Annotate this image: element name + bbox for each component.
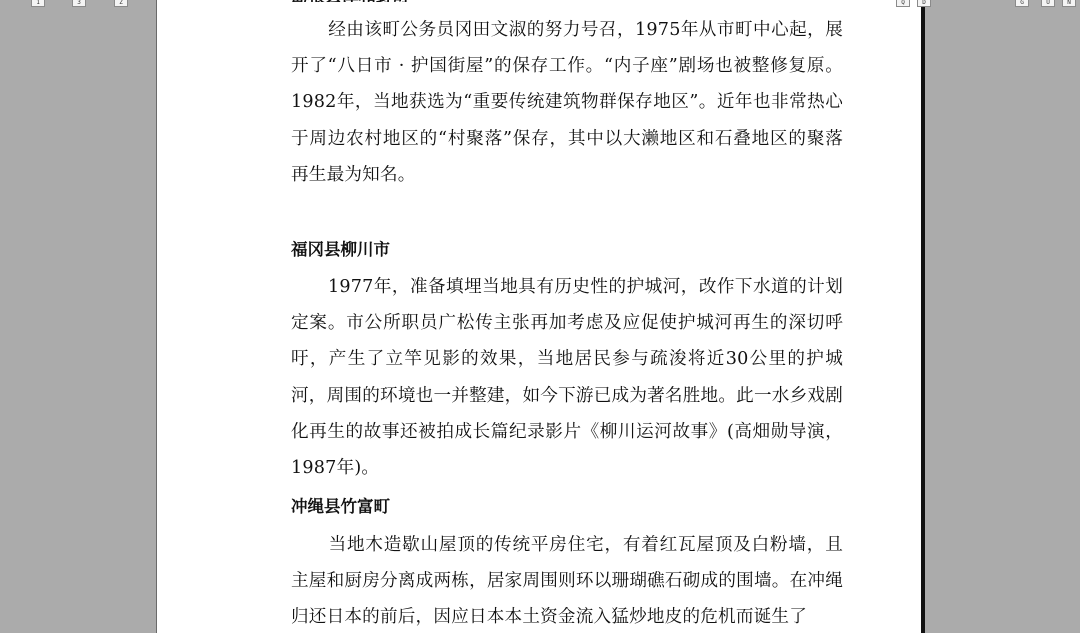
paragraph-text: 经由该町公务员冈田文淑的努力号召，1975年从市町中心起，展开了“八日市 · 护… bbox=[291, 20, 843, 185]
section-title: 冲绳县竹富町 bbox=[291, 497, 390, 517]
hint-label[interactable]: G bbox=[1015, 0, 1029, 7]
hint-label[interactable]: U bbox=[1041, 0, 1055, 7]
paragraph: 经由该町公务员冈田文淑的努力号召，1975年从市町中心起，展开了“八日市 · 护… bbox=[291, 12, 843, 193]
section-title: 福冈县柳川市 bbox=[291, 240, 390, 260]
hint-label[interactable]: Z bbox=[114, 0, 128, 7]
hint-label[interactable]: 1 bbox=[31, 0, 45, 7]
paragraph: 当地木造歇山屋顶的传统平房住宅，有着红瓦屋顶及白粉墙，且主屋和厨房分离成两栋，居… bbox=[291, 527, 843, 633]
section-title-cut: 岛根县津和野町 bbox=[291, 0, 410, 2]
document-page: 岛根县津和野町 经由该町公务员冈田文淑的努力号召，1975年从市町中心起，展开了… bbox=[156, 0, 922, 633]
hint-label[interactable]: N bbox=[1062, 0, 1076, 7]
hint-label[interactable]: D bbox=[917, 0, 931, 7]
hint-label[interactable]: 3 bbox=[72, 0, 86, 7]
hint-label[interactable]: Q bbox=[896, 0, 910, 7]
paragraph: 1977年，准备填埋当地具有历史性的护城河，改作下水道的计划定案。市公所职员广松… bbox=[291, 269, 843, 486]
page-edge-shadow bbox=[921, 0, 925, 633]
document-viewer: 1 3 Z 岛根县津和野町 经由该町公务员冈田文淑的努力号召，1975年从市町中… bbox=[0, 0, 1080, 633]
paragraph-text: 当地木造歇山屋顶的传统平房住宅，有着红瓦屋顶及白粉墙，且主屋和厨房分离成两栋，居… bbox=[291, 535, 843, 627]
paragraph-text: 1977年，准备填埋当地具有历史性的护城河，改作下水道的计划定案。市公所职员广松… bbox=[291, 277, 843, 478]
